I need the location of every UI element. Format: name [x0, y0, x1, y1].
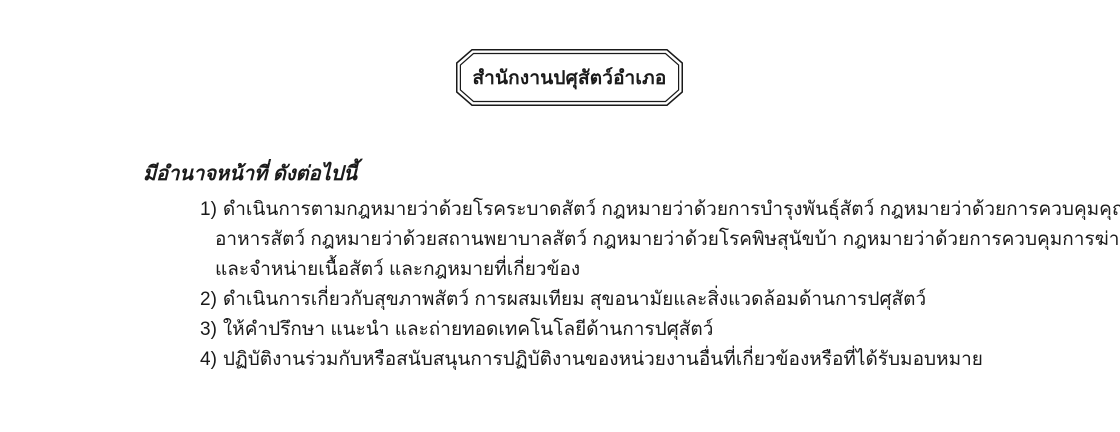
document-page: สำนักงานปศุสัตว์อำเภอ มีอำนาจหน้าที่ ดัง…	[0, 0, 1120, 432]
list-item-number: 3)	[200, 315, 217, 345]
list-item-text: ดำเนินการเกี่ยวกับสุขภาพสัตว์ การผสมเทีย…	[223, 289, 926, 310]
list-item-number: 2)	[200, 285, 217, 315]
list-item-continuation: อาหารสัตว์ กฎหมายว่าด้วยสถานพยาบาลสัตว์ …	[215, 225, 1120, 255]
section-heading: มีอำนาจหน้าที่ ดังต่อไปนี้	[143, 158, 357, 190]
list-item: 3)ให้คำปรึกษา แนะนำ และถ่ายทอดเทคโนโลยีด…	[200, 315, 713, 345]
list-item-text: อาหารสัตว์ กฎหมายว่าด้วยสถานพยาบาลสัตว์ …	[215, 229, 1120, 250]
list-item: 2)ดำเนินการเกี่ยวกับสุขภาพสัตว์ การผสมเท…	[200, 285, 926, 315]
list-item-number: 4)	[200, 345, 217, 375]
list-item-text: ดำเนินการตามกฎหมายว่าด้วยโรคระบาดสัตว์ ก…	[223, 199, 1120, 220]
list-item-text: และจำหน่ายเนื้อสัตว์ และกฎหมายที่เกี่ยวข…	[215, 259, 580, 280]
list-item-text: ให้คำปรึกษา แนะนำ และถ่ายทอดเทคโนโลยีด้า…	[223, 319, 713, 340]
list-item-continuation: และจำหน่ายเนื้อสัตว์ และกฎหมายที่เกี่ยวข…	[215, 255, 580, 285]
header-box-label: สำนักงานปศุสัตว์อำเภอ	[456, 49, 683, 106]
list-item-text: ปฏิบัติงานร่วมกับหรือสนับสนุนการปฏิบัติง…	[223, 349, 983, 370]
header-box: สำนักงานปศุสัตว์อำเภอ	[456, 49, 683, 106]
list-item: 4)ปฏิบัติงานร่วมกับหรือสนับสนุนการปฏิบัต…	[200, 345, 983, 375]
list-item-number: 1)	[200, 195, 217, 225]
list-item: 1)ดำเนินการตามกฎหมายว่าด้วยโรคระบาดสัตว์…	[200, 195, 1120, 225]
